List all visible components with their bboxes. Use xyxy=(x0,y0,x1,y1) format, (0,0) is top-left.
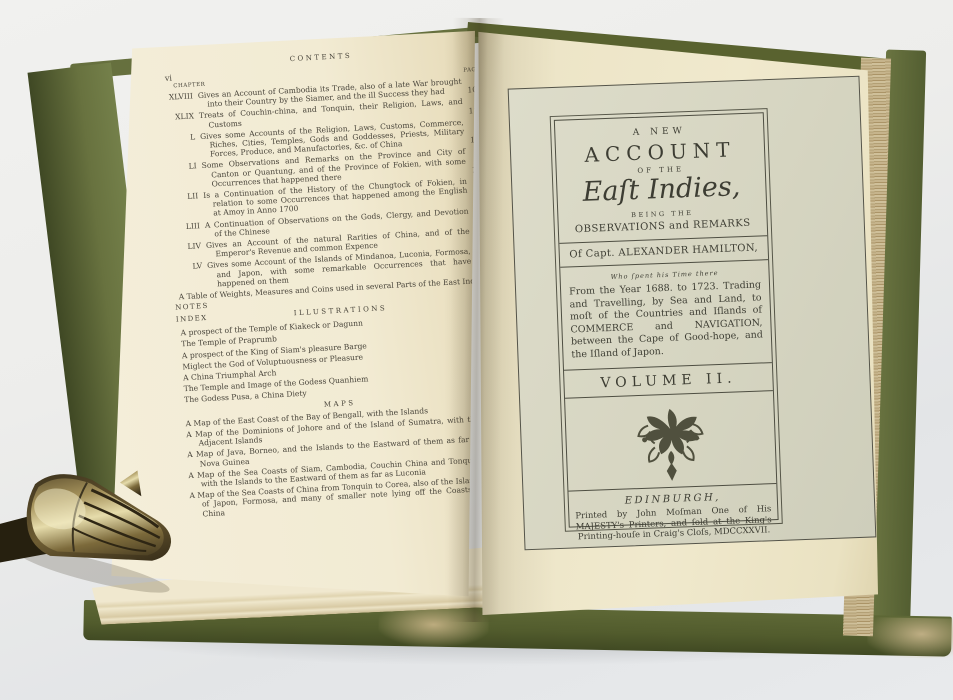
chapter-title: Gives an Account of Cambodia its Trade, … xyxy=(198,77,463,110)
column-labels: CHAPTER PAGE xyxy=(163,67,481,90)
photograph-open-antique-book: A NEW ACCOUNT OF THE Eaſt Indies, BEING … xyxy=(0,0,953,700)
table-of-weights-entry: A Table of Weights, Measures and Coins u… xyxy=(174,276,492,302)
chapter-number: LIII xyxy=(171,221,206,241)
chapter-entry: L Gives some Accounts of the Religion, L… xyxy=(166,117,485,162)
brass-hand-page-holder xyxy=(0,430,206,598)
illustration-entry: Miglect the God of Voluptuousness or Ple… xyxy=(178,345,496,371)
chapter-column-label: CHAPTER xyxy=(173,82,205,90)
chapter-number: LII xyxy=(169,191,204,220)
description-paragraph: From the Year 1688. to 1723. Trading and… xyxy=(569,279,764,361)
chapter-entry: LV Gives some Account of the Islands of … xyxy=(173,246,492,291)
worn-cloth-corner xyxy=(867,617,953,659)
chapter-number: L xyxy=(166,132,201,161)
map-entry: A Map of the East Coast of the Bay of Be… xyxy=(181,402,499,428)
title-line-east-indies: Eaſt Indies, xyxy=(561,171,762,208)
chapter-number: XLIX xyxy=(165,111,200,131)
illustration-entry: A China Triumphal Arch 127 xyxy=(179,356,497,382)
illustration-title: A China Triumphal Arch xyxy=(179,358,477,383)
index-entry-with-illustrations-heading: INDEX ILLUSTRATIONS 203 xyxy=(176,298,494,324)
title-block: A NEW ACCOUNT OF THE Eaſt Indies, BEING … xyxy=(555,113,767,243)
map-title: A Map of the Dominions of Johore and of … xyxy=(182,414,481,448)
illustration-entry: The Temple and Image of the Godess Quanh… xyxy=(179,368,497,394)
maps-list: A Map of the East Coast of the Bay of Be… xyxy=(181,402,504,519)
illustration-title: The Temple of Praprumb xyxy=(177,324,475,349)
chapter-title: Is a Continuation of the History of the … xyxy=(203,177,468,219)
chapter-title: A Continuation of Observations on the Go… xyxy=(205,206,470,239)
illustration-entry: The Temple of Praprumb 87 xyxy=(177,323,495,349)
title-description: Who ſpent his Time there From the Year 1… xyxy=(560,260,772,370)
map-entry: A Map of the Dominions of Johore and of … xyxy=(182,413,501,449)
illustration-title: The Temple and Image of the Godess Quanh… xyxy=(179,369,477,394)
map-title: A Map of the East Coast of the Bay of Be… xyxy=(181,403,479,428)
chapter-entry: XLVIII Gives an Account of Cambodia its … xyxy=(164,76,483,112)
illustration-title: Miglect the God of Voluptuousness or Ple… xyxy=(178,346,476,371)
chapter-title: Gives some Accounts of the Religion, Law… xyxy=(200,118,465,160)
contents-heading: CONTENTS xyxy=(162,45,480,70)
ornament-section xyxy=(565,391,776,491)
maps-heading: MAPS xyxy=(181,391,499,416)
title-page-frame: A NEW ACCOUNT OF THE Eaſt Indies, BEING … xyxy=(554,112,779,527)
illustration-entry: A prospect of the King of Siam's pleasur… xyxy=(178,334,496,360)
chapter-number: XLVIII xyxy=(164,91,199,111)
map-title: A Map of Java, Borneo, and the Islands t… xyxy=(183,435,482,469)
chapter-entry: LII Is a Continuation of the History of … xyxy=(169,176,488,221)
map-title: A Map of the Sea Coasts of China from To… xyxy=(185,475,484,519)
hand-thumb-point xyxy=(118,467,147,496)
imprint-section: EDINBURGH, Printed by John Moſman One of… xyxy=(568,483,778,551)
chapter-entry: XLIX Treats of Couchin-china, and Tonqui… xyxy=(165,96,484,132)
chapter-entry: LIV Gives an Account of the natural Rari… xyxy=(172,226,491,262)
notes-entry: NOTES 173 xyxy=(175,287,493,313)
chapter-entry: LI Some Observations and Remarks on the … xyxy=(167,146,486,191)
chapter-entry: LIII A Continuation of Observations on t… xyxy=(171,205,490,241)
floral-printer-ornament-icon xyxy=(629,397,712,484)
entry-text: A Table of Weights, Measures and Coins u… xyxy=(174,276,486,302)
index-label: INDEX xyxy=(176,314,208,324)
map-title: A Map of the Sea Coasts of Siam, Cambodi… xyxy=(184,455,483,489)
chapter-title: Some Observations and Remarks on the Pro… xyxy=(201,147,466,189)
chapter-title: Gives an Account of the natural Rarities… xyxy=(206,227,471,260)
illustration-entry: A prospect of the Temple of Kiakeck or D… xyxy=(176,312,494,338)
chapter-number: LIV xyxy=(172,241,207,261)
title-page-plate: A NEW ACCOUNT OF THE Eaſt Indies, BEING … xyxy=(508,76,877,551)
imprint-text: Printed by John Moſman One of His MAJEST… xyxy=(575,504,772,543)
map-entry: A Map of the Sea Coasts of China from To… xyxy=(185,474,504,519)
illustration-title: A prospect of the King of Siam's pleasur… xyxy=(178,335,476,360)
title-page: A NEW ACCOUNT OF THE Eaſt Indies, BEING … xyxy=(466,26,878,618)
chapter-title: Treats of Couchin-china, and Tonquin, th… xyxy=(199,97,464,130)
chapter-title: Gives some Account of the Islands of Min… xyxy=(207,247,472,289)
worn-cloth-patch xyxy=(378,606,489,648)
page-folio: vi xyxy=(165,57,481,83)
page-column-label: PAGE xyxy=(463,67,481,74)
map-entry: A Map of Java, Borneo, and the Islands t… xyxy=(183,434,502,470)
contents-text-block: CONTENTS vi CHAPTER PAGE XLVIII Gives an… xyxy=(162,45,504,521)
notes-label: NOTES xyxy=(175,302,209,313)
illustration-title: A prospect of the Temple of Kiakeck or D… xyxy=(176,313,474,338)
chapter-list: XLVIII Gives an Account of Cambodia its … xyxy=(164,76,492,291)
chapter-number: LV xyxy=(173,261,208,290)
map-entry: A Map of the Sea Coasts of Siam, Cambodi… xyxy=(184,454,503,490)
chapter-number: LI xyxy=(167,161,202,190)
illustration-entry: The Godess Pusa, a China Diety 144 xyxy=(180,379,498,405)
illustrations-heading: ILLUSTRATIONS xyxy=(207,300,473,322)
illustrations-list: A prospect of the Temple of Kiakeck or D… xyxy=(176,312,498,406)
illustration-title: The Godess Pusa, a China Diety xyxy=(180,380,478,405)
